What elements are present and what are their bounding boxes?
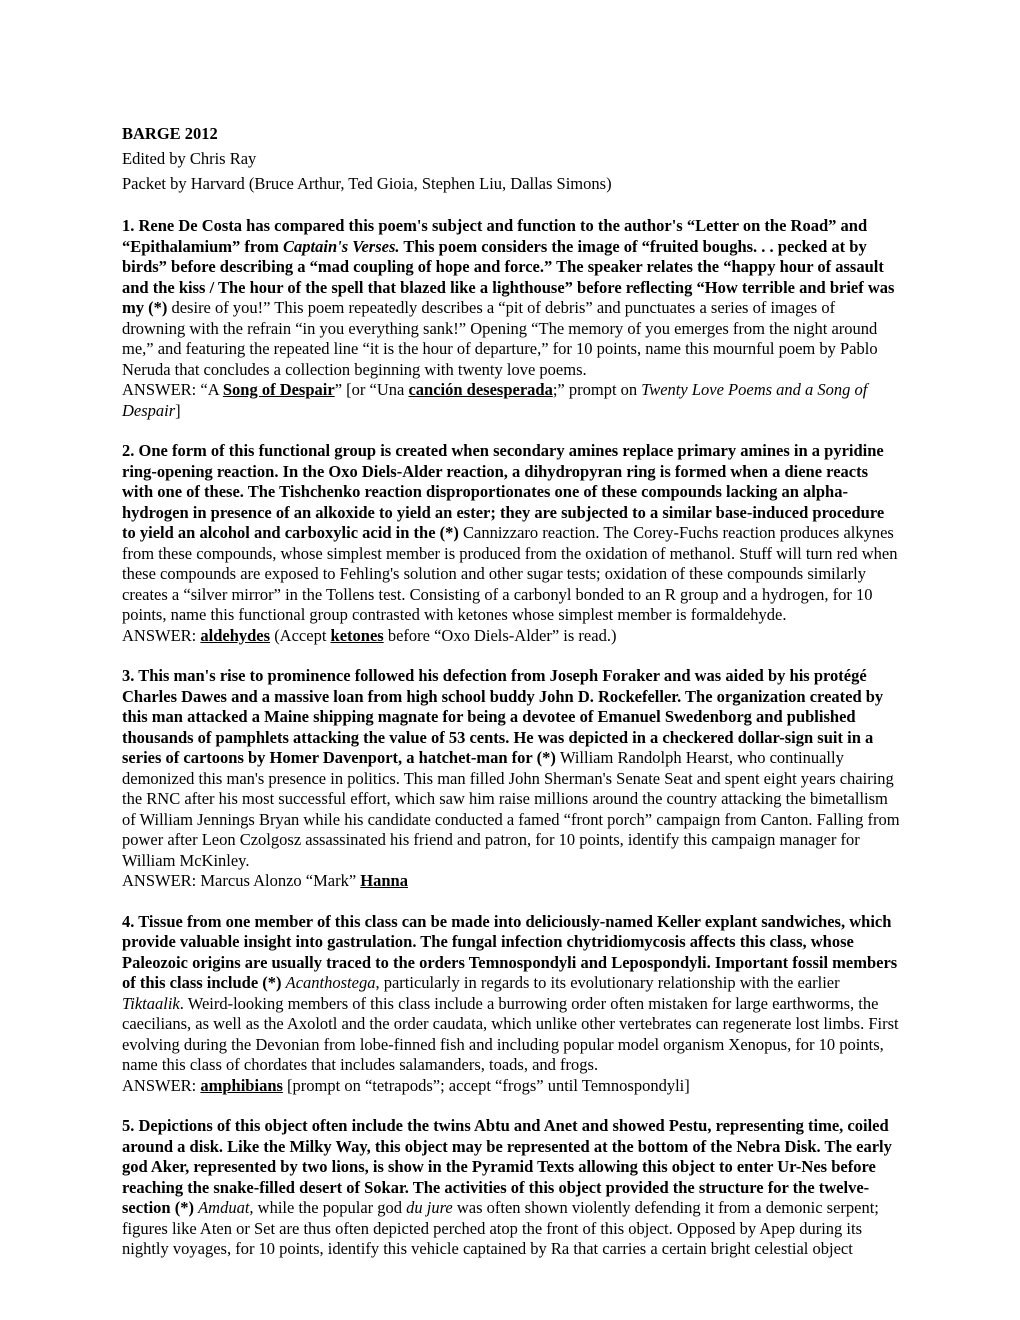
question-5-text: 5. Depictions of this object often inclu… <box>122 1116 902 1260</box>
text-segment: (Accept <box>270 626 330 645</box>
text-segment: before “Oxo Diels-Alder” is read.) <box>384 626 617 645</box>
text-segment: . Weird-looking members of this class in… <box>122 994 899 1075</box>
question-4-text: 4. Tissue from one member of this class … <box>122 912 902 1076</box>
text-segment: desire of you!” This poem repeatedly des… <box>122 298 878 379</box>
text-segment: Tiktaalik <box>122 994 180 1013</box>
text-segment: Song of Despair <box>223 380 335 399</box>
text-segment: Hanna <box>360 871 408 890</box>
text-segment: canción desesperada <box>408 380 552 399</box>
text-segment: du jure <box>406 1198 453 1217</box>
packet-header: BARGE 2012 Edited by Chris Ray Packet by… <box>122 121 902 196</box>
packet-authors-line: Packet by Harvard (Bruce Arthur, Ted Gio… <box>122 171 902 196</box>
text-segment: Amduat, <box>198 1198 253 1217</box>
text-segment: [prompt on “tetrapods”; accept “frogs” u… <box>283 1076 690 1095</box>
question-3-answer: ANSWER: Marcus Alonzo “Mark” Hanna <box>122 871 902 892</box>
text-segment: ANSWER: <box>122 1076 200 1095</box>
question-4-answer: ANSWER: amphibians [prompt on “tetrapods… <box>122 1076 902 1097</box>
question-3-text: 3. This man's rise to prominence followe… <box>122 666 902 871</box>
packet-editor-line: Edited by Chris Ray <box>122 146 902 171</box>
text-segment: ANSWER: “A <box>122 380 223 399</box>
packet-title: BARGE 2012 <box>122 121 902 146</box>
text-segment: ] <box>175 401 181 420</box>
question-2-answer: ANSWER: aldehydes (Accept ketones before… <box>122 626 902 647</box>
text-segment: ;” prompt on <box>553 380 641 399</box>
question-block-1: 1. Rene De Costa has compared this poem'… <box>122 216 902 421</box>
question-block-3: 3. This man's rise to prominence followe… <box>122 666 902 892</box>
question-1-text: 1. Rene De Costa has compared this poem'… <box>122 216 902 380</box>
question-1-answer: ANSWER: “A Song of Despair” [or “Una can… <box>122 380 902 421</box>
document-page: BARGE 2012 Edited by Chris Ray Packet by… <box>0 0 1020 1320</box>
text-segment: amphibians <box>200 1076 283 1095</box>
text-segment: , particularly in regards to its evoluti… <box>375 973 839 992</box>
text-segment: ANSWER: Marcus Alonzo “Mark” <box>122 871 360 890</box>
text-segment: ” [or “Una <box>335 380 409 399</box>
text-segment: Acanthostega <box>286 973 376 992</box>
text-segment: while the popular god <box>254 1198 407 1217</box>
text-segment: aldehydes <box>200 626 270 645</box>
question-block-5: 5. Depictions of this object often inclu… <box>122 1116 902 1260</box>
question-block-4: 4. Tissue from one member of this class … <box>122 912 902 1097</box>
text-segment: ketones <box>331 626 384 645</box>
text-segment: Captain's Verses. <box>283 237 399 256</box>
text-segment: ANSWER: <box>122 626 200 645</box>
question-2-text: 2. One form of this functional group is … <box>122 441 902 626</box>
question-block-2: 2. One form of this functional group is … <box>122 441 902 646</box>
